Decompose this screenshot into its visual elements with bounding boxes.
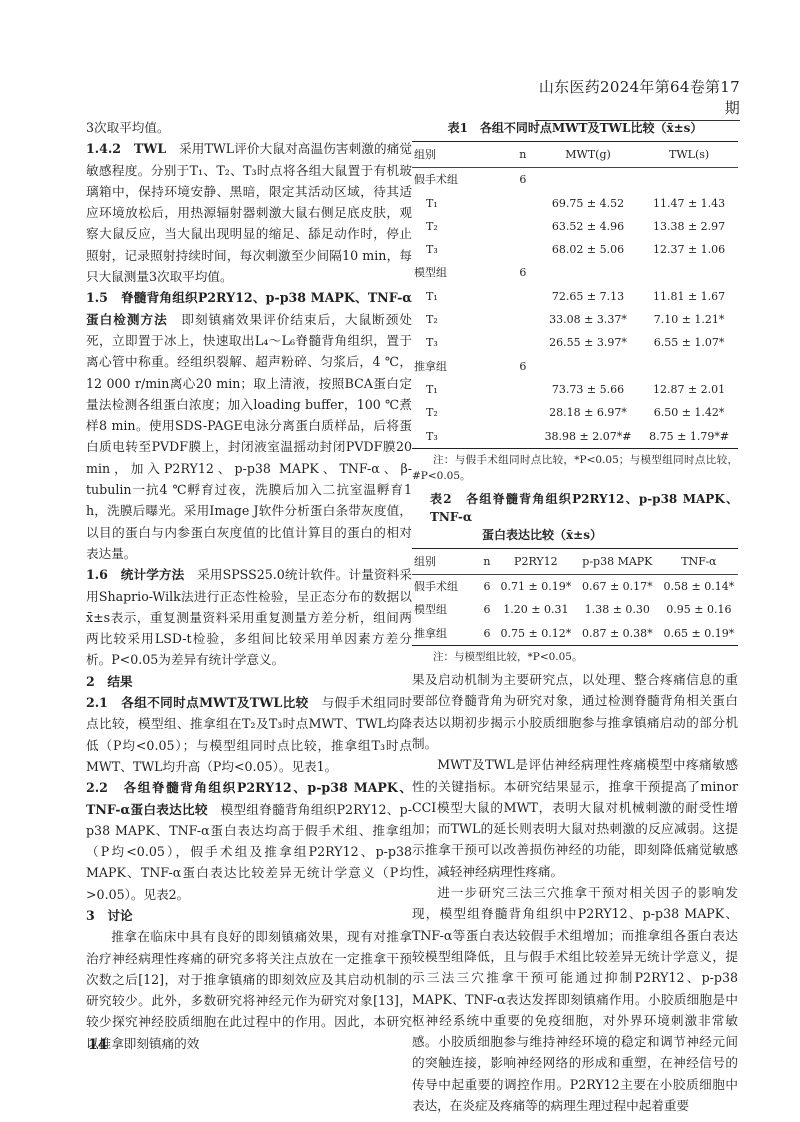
timepoint-cell: T₁ (412, 285, 510, 308)
table-row: T₂63.52 ± 4.9613.38 ± 2.97 (412, 215, 738, 238)
n-cell: 6 (510, 355, 536, 378)
timepoint-cell: T₂ (412, 215, 510, 238)
mwt-cell: 26.55 ± 3.97* (536, 331, 640, 354)
pp38-cell: 0.67 ± 0.17* (575, 575, 660, 599)
n-cell: 6 (510, 261, 536, 284)
group-cell: 模型组 (412, 261, 510, 284)
table1-note: 注：与假手术组同时点比较，*P<0.05；与模型组同时点比较，#P<0.05。 (412, 452, 738, 484)
section-2-2: 2.2 各组脊髓背角组织P2RY12、p-p38 MAPK、TNF-α蛋白表达比… (86, 777, 412, 905)
mwt-cell: 63.52 ± 4.96 (536, 215, 640, 238)
table-row: T₁69.75 ± 4.5211.47 ± 1.43 (412, 192, 738, 215)
pp38-cell: 1.38 ± 0.30 (575, 598, 660, 621)
section-1-5: 1.5 脊髓背角组织P2RY12、p-p38 MAPK、TNF-α蛋白检测方法 … (86, 287, 412, 564)
p2ry12-cell: 0.75 ± 0.12* (497, 622, 575, 646)
table-row: T₁72.65 ± 7.1311.81 ± 1.67 (412, 285, 738, 308)
mwt-cell: 72.65 ± 7.13 (536, 285, 640, 308)
n-cell: 6 (477, 598, 497, 621)
twl-cell: 13.38 ± 2.97 (640, 215, 738, 238)
timepoint-cell: T₃ (412, 331, 510, 354)
table-header: p-p38 MAPK (575, 548, 660, 574)
tnf-cell: 0.95 ± 0.16 (660, 598, 738, 621)
table-row: T₂28.18 ± 6.97*6.50 ± 1.42* (412, 401, 738, 424)
table-row: 推拿组6 (412, 355, 738, 378)
mwt-cell: 68.02 ± 5.06 (536, 238, 640, 261)
n-cell: 6 (510, 168, 536, 192)
table-header: 组别 (412, 142, 510, 168)
timepoint-cell: T₁ (412, 378, 510, 401)
table-header: n (477, 548, 497, 574)
timepoint-cell: T₁ (412, 192, 510, 215)
group-cell: 假手术组 (412, 575, 477, 599)
group-cell: 推拿组 (412, 355, 510, 378)
n-cell: 6 (477, 622, 497, 646)
journal-header: 山东医药2024年第64卷第17期 (535, 76, 740, 121)
tnf-cell: 0.65 ± 0.19* (660, 622, 738, 646)
table-row: 模型组6 (412, 261, 738, 284)
timepoint-cell: T₃ (412, 238, 510, 261)
group-cell: 模型组 (412, 598, 477, 621)
n-cell: 6 (477, 575, 497, 599)
discussion-paragraph: 推拿在临床中具有良好的即刻镇痛效果，现有对推拿治疗神经病理性疼痛的研究多将关注点… (86, 926, 412, 1054)
table-row: 假手术组6 (412, 168, 738, 192)
left-column: 3次取平均值。 1.4.2 TWL 采用TWL评价大鼠对高温伤害刺激的痛觉敏感程… (86, 117, 412, 1054)
group-cell: 推拿组 (412, 622, 477, 646)
table-row: T₃38.98 ± 2.07*#8.75 ± 1.79*# (412, 425, 738, 449)
twl-cell: 8.75 ± 1.79*# (640, 425, 738, 449)
tnf-cell: 0.58 ± 0.14* (660, 575, 738, 599)
twl-cell: 11.81 ± 1.67 (640, 285, 738, 308)
table-row: T₂33.08 ± 3.37*7.10 ± 1.21* (412, 308, 738, 331)
paragraph: MWT及TWL是评估神经病理性疼痛模型中疼痛敏感性的关键指标。本研究结果显示，推… (412, 754, 738, 882)
paragraph: 进一步研究三法三穴推拿干预对相关因子的影响发现，模型组脊髓背角组织中P2RY12… (412, 882, 738, 1116)
table-row: 推拿组60.75 ± 0.12*0.87 ± 0.38*0.65 ± 0.19* (412, 622, 738, 646)
heading-discussion: 3 讨论 (86, 905, 412, 926)
section-2-1: 2.1 各组不同时点MWT及TWL比较 与假手术组同时点比较，模型组、推拿组在T… (86, 692, 412, 777)
section-text: 采用TWL评价大鼠对高温伤害刺激的痛觉敏感程度。分别于T₁、T₂、T₃时点将各组… (86, 141, 412, 284)
table-header: TWL(s) (640, 142, 738, 168)
mwt-cell: 73.73 ± 5.66 (536, 378, 640, 401)
right-column: 表1 各组不同时点MWT及TWL比较（x̄±s） 组别 n MWT(g) TWL… (412, 117, 738, 1116)
section-text: 即刻镇痛效果评价结束后，大鼠断颈处死，立即置于冰上，快速取出L₄～L₆脊髓背角组… (86, 312, 412, 561)
table2-title-line2: 蛋白表达比较（x̄±s） (412, 526, 738, 544)
table-row: T₃68.02 ± 5.0612.37 ± 1.06 (412, 238, 738, 261)
table2-note: 注：与模型组比较，*P<0.05。 (412, 649, 738, 665)
table-row: T₃26.55 ± 3.97*6.55 ± 1.07* (412, 331, 738, 354)
page-number: 14 (88, 1037, 107, 1053)
table-row: 模型组61.20 ± 0.311.38 ± 0.300.95 ± 0.16 (412, 598, 738, 621)
table-header: 组别 (412, 548, 477, 574)
table-row: 假手术组60.71 ± 0.19*0.67 ± 0.17*0.58 ± 0.14… (412, 575, 738, 599)
twl-cell: 12.87 ± 2.01 (640, 378, 738, 401)
mwt-cell: 69.75 ± 4.52 (536, 192, 640, 215)
pp38-cell: 0.87 ± 0.38* (575, 622, 660, 646)
twl-cell: 12.37 ± 1.06 (640, 238, 738, 261)
paragraph: 3次取平均值。 (86, 117, 412, 138)
table2: 组别 n P2RY12 p-p38 MAPK TNF-α 假手术组60.71 ±… (412, 548, 738, 646)
timepoint-cell: T₂ (412, 308, 510, 331)
table-header: MWT(g) (536, 142, 640, 168)
section-text: 采用SPSS25.0统计软件。计量资料采用Shaprio-Wilk法进行正态性检… (86, 567, 412, 667)
section-1-4-2: 1.4.2 TWL 采用TWL评价大鼠对高温伤害刺激的痛觉敏感程度。分别于T₁、… (86, 138, 412, 287)
mwt-cell: 28.18 ± 6.97* (536, 401, 640, 424)
p2ry12-cell: 0.71 ± 0.19* (497, 575, 575, 599)
table-header: TNF-α (660, 548, 738, 574)
table2-title: 表2 各组脊髓背角组织P2RY12、p-p38 MAPK、TNF-α (412, 490, 738, 526)
table-row: T₁73.73 ± 5.6612.87 ± 2.01 (412, 378, 738, 401)
twl-cell: 6.50 ± 1.42* (640, 401, 738, 424)
twl-cell: 7.10 ± 1.21* (640, 308, 738, 331)
section-1-6: 1.6 统计学方法 采用SPSS25.0统计软件。计量资料采用Shaprio-W… (86, 564, 412, 670)
twl-cell: 11.47 ± 1.43 (640, 192, 738, 215)
section-heading: 1.4.2 TWL (86, 141, 166, 156)
heading-results: 2 结果 (86, 671, 412, 692)
mwt-cell: 38.98 ± 2.07*# (536, 425, 640, 449)
paragraph: 果及启动机制为主要研究点，以处理、整合疼痛信息的重要部位脊髓背角为研究对象，通过… (412, 669, 738, 754)
table-header: P2RY12 (497, 548, 575, 574)
timepoint-cell: T₂ (412, 401, 510, 424)
group-cell: 假手术组 (412, 168, 510, 192)
section-heading: 2.1 各组不同时点MWT及TWL比较 (86, 695, 309, 710)
twl-cell: 6.55 ± 1.07* (640, 331, 738, 354)
section-heading: 1.6 统计学方法 (86, 567, 184, 582)
p2ry12-cell: 1.20 ± 0.31 (497, 598, 575, 621)
table1-title: 表1 各组不同时点MWT及TWL比较（x̄±s） (412, 119, 738, 137)
table1: 组别 n MWT(g) TWL(s) 假手术组6 T₁69.75 ± 4.521… (412, 141, 738, 449)
mwt-cell: 33.08 ± 3.37* (536, 308, 640, 331)
timepoint-cell: T₃ (412, 425, 510, 449)
table-header: n (510, 142, 536, 168)
